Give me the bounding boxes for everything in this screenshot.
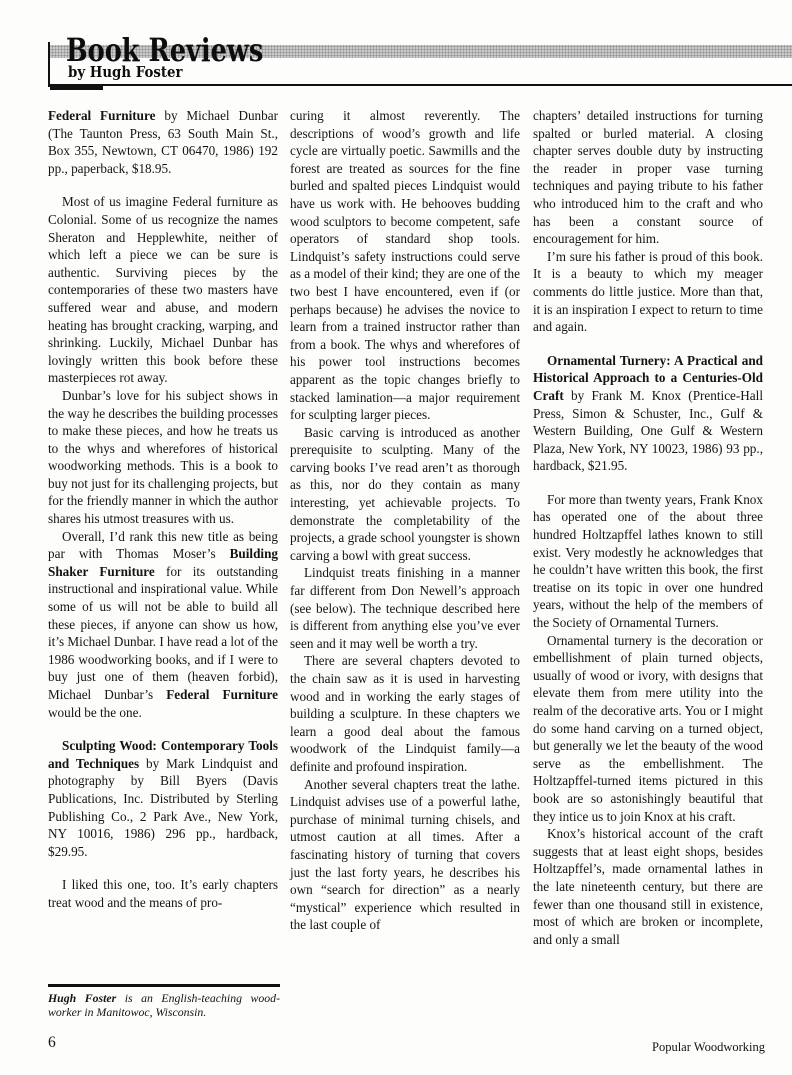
footnote-text: Hugh Foster is an English-teaching wood-…: [48, 991, 280, 1021]
paragraph: For more than twenty years, Frank Knox h…: [533, 491, 763, 632]
text-segment: Lindquist treats finishing in a manner f…: [290, 565, 520, 650]
text-segment: Ornamental turnery is the decoration or …: [533, 633, 763, 824]
header-bottom-rule-thick-segment: [50, 85, 103, 90]
text-segment: Another several chapters treat the lathe…: [290, 777, 520, 933]
page-title: Book Reviews: [66, 33, 263, 67]
page-number: 6: [48, 1034, 56, 1052]
paragraph: Sculpting Wood: Contemporary Tools and T…: [48, 737, 278, 860]
paragraph: I’m sure his father is proud of this boo…: [533, 248, 763, 336]
paragraph: Basic carving is introduced as another p…: [290, 424, 520, 565]
text-segment: Dunbar’s love for his subject shows in t…: [48, 388, 278, 526]
paragraph: Ornamental turnery is the decoration or …: [533, 632, 763, 826]
column-3: chapters’ detailed instructions for turn…: [533, 107, 763, 948]
paragraph: Lindquist treats finishing in a manner f…: [290, 564, 520, 652]
paragraph: Federal Furniture by Michael Dunbar (The…: [48, 107, 278, 177]
byline: by Hugh Foster: [68, 64, 183, 81]
column-2: curing it almost reverently. The descrip…: [290, 107, 520, 934]
paragraph: Knox’s historical account of the craft s…: [533, 825, 763, 948]
book-title: Federal Furniture: [48, 108, 156, 123]
paragraph: Dunbar’s love for his subject shows in t…: [48, 387, 278, 528]
paragraph: There are several chapters devoted to th…: [290, 652, 520, 775]
text-segment: There are several chapters devoted to th…: [290, 653, 520, 774]
text-segment: for its outstanding instructional and in…: [48, 564, 278, 702]
text-segment: For more than twenty years, Frank Knox h…: [533, 492, 763, 630]
text-segment: I liked this one, too. It’s early chapte…: [48, 877, 278, 910]
header-left-rule: [48, 42, 50, 87]
text-segment: chapters’ detailed instructions for turn…: [533, 108, 763, 246]
author-footnote: Hugh Foster is an English-teaching wood-…: [48, 984, 280, 1020]
text-segment: by Mark Lindquist and photography by Bil…: [48, 756, 278, 859]
paragraph: Overall, I’d rank this new title as bein…: [48, 528, 278, 722]
paragraph: Another several chapters treat the lathe…: [290, 776, 520, 934]
text-segment: would be the one.: [48, 705, 142, 720]
column-1: Federal Furniture by Michael Dunbar (The…: [48, 107, 278, 912]
book-title: Federal Furniture: [166, 687, 278, 702]
paragraph: I liked this one, too. It’s early chapte…: [48, 876, 278, 911]
paragraph: curing it almost reverently. The descrip…: [290, 107, 520, 424]
magazine-page: Book Reviews by Hugh Foster Federal Furn…: [0, 0, 792, 1075]
text-segment: Most of us imagine Federal furniture as …: [48, 194, 278, 385]
text-segment: I’m sure his father is proud of this boo…: [533, 249, 763, 334]
book-title: Hugh Foster: [48, 991, 116, 1005]
header-bottom-rule: [48, 84, 792, 86]
footnote-rule: [48, 984, 280, 987]
text-segment: Basic carving is introduced as another p…: [290, 425, 520, 563]
text-segment: by Frank M. Knox (Prentice-Hall Press, S…: [533, 388, 763, 473]
magazine-name: Popular Woodworking: [652, 1040, 765, 1055]
text-segment: Knox’s historical account of the craft s…: [533, 826, 763, 947]
paragraph: Most of us imagine Federal furniture as …: [48, 193, 278, 387]
paragraph: chapters’ detailed instructions for turn…: [533, 107, 763, 248]
text-segment: curing it almost reverently. The descrip…: [290, 108, 520, 422]
paragraph: Ornamental Turnery: A Practical and Hist…: [533, 352, 763, 475]
